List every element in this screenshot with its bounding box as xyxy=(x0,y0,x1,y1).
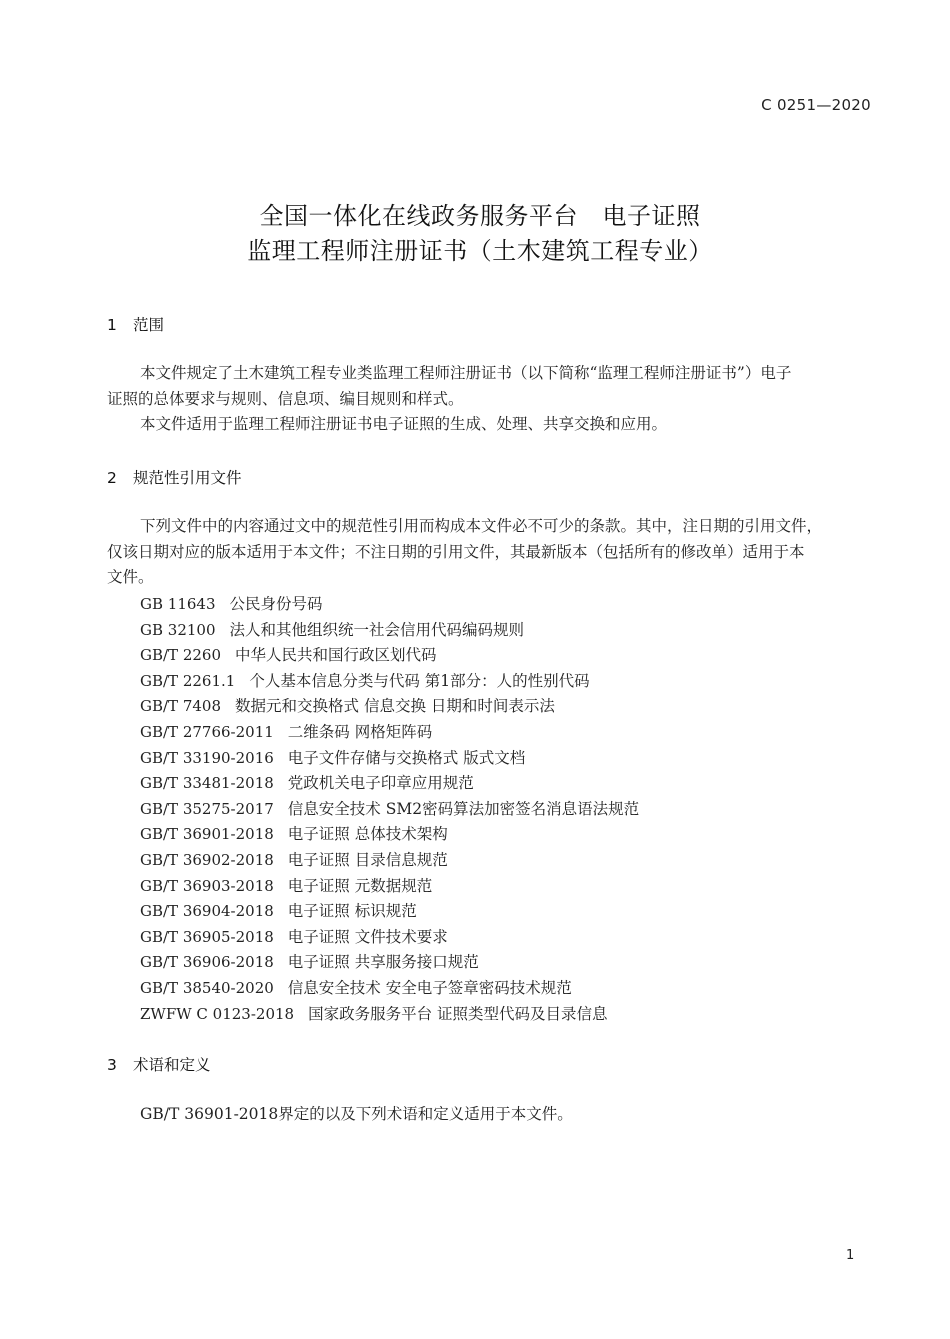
paragraph-line: 本文件规定了土木建筑工程专业类监理工程师注册证书（以下简称“监理工程师注册证书”… xyxy=(107,361,873,387)
reference-item: GB/T 27766-2011二维条码 网格矩阵码 xyxy=(140,720,639,746)
section-heading-normative-references: 2规范性引用文件 xyxy=(107,466,242,488)
section-number: 2 xyxy=(107,469,133,487)
reference-code: GB/T 38540-2020 xyxy=(140,979,274,997)
page-number: 1 xyxy=(846,1248,854,1263)
reference-item: GB/T 36904-2018电子证照 标识规范 xyxy=(140,899,639,925)
reference-item: GB 32100法人和其他组织统一社会信用代码编码规则 xyxy=(140,618,639,644)
terms-paragraph: GB/T 36901-2018界定的以及下列术语和定义适用于本文件。 xyxy=(107,1102,873,1128)
reference-title: 信息安全技术 SM2密码算法加密签名消息语法规范 xyxy=(288,800,639,818)
reference-item: ZWFW C 0123-2018国家政务服务平台 证照类型代码及目录信息 xyxy=(140,1002,639,1028)
reference-title: 信息安全技术 安全电子签章密码技术规范 xyxy=(288,979,572,997)
section-title: 术语和定义 xyxy=(133,1056,211,1074)
section-title: 规范性引用文件 xyxy=(133,469,242,487)
paragraph-line: 仅该日期对应的版本适用于本文件；不注日期的引用文件，其最新版本（包括所有的修改单… xyxy=(107,540,873,566)
reference-title: 个人基本信息分类与代码 第1部分：人的性别代码 xyxy=(249,672,589,690)
reference-title: 数据元和交换格式 信息交换 日期和时间表示法 xyxy=(235,697,555,715)
reference-code: GB/T 36902-2018 xyxy=(140,851,274,869)
reference-item: GB/T 36901-2018电子证照 总体技术架构 xyxy=(140,822,639,848)
reference-code: GB/T 36905-2018 xyxy=(140,928,274,946)
reference-title: 电子证照 总体技术架构 xyxy=(288,825,448,843)
reference-title: 电子证照 目录信息规范 xyxy=(288,851,448,869)
normative-references-paragraph: 下列文件中的内容通过文中的规范性引用而构成本文件必不可少的条款。其中，注日期的引… xyxy=(107,514,873,591)
reference-title: 公民身份号码 xyxy=(230,595,323,613)
reference-list: GB 11643公民身份号码 GB 32100法人和其他组织统一社会信用代码编码… xyxy=(140,592,639,1027)
reference-code: GB/T 36903-2018 xyxy=(140,877,274,895)
paragraph-line: GB/T 36901-2018界定的以及下列术语和定义适用于本文件。 xyxy=(107,1102,873,1128)
reference-title: 法人和其他组织统一社会信用代码编码规则 xyxy=(230,621,525,639)
reference-title: 电子证照 共享服务接口规范 xyxy=(288,953,479,971)
reference-code: GB/T 2261.1 xyxy=(140,672,235,690)
reference-item: GB/T 2261.1个人基本信息分类与代码 第1部分：人的性别代码 xyxy=(140,669,639,695)
reference-code: GB/T 7408 xyxy=(140,697,221,715)
reference-item: GB 11643公民身份号码 xyxy=(140,592,639,618)
reference-code: GB/T 35275-2017 xyxy=(140,800,274,818)
reference-code: GB/T 33481-2018 xyxy=(140,774,274,792)
paragraph-line: 下列文件中的内容通过文中的规范性引用而构成本文件必不可少的条款。其中，注日期的引… xyxy=(107,514,873,540)
scope-paragraph-1: 本文件规定了土木建筑工程专业类监理工程师注册证书（以下简称“监理工程师注册证书”… xyxy=(107,361,873,412)
reference-code: ZWFW C 0123-2018 xyxy=(140,1005,294,1023)
reference-code: GB/T 36901-2018 xyxy=(140,825,274,843)
section-number: 3 xyxy=(107,1056,133,1074)
reference-code: GB/T 27766-2011 xyxy=(140,723,274,741)
document-page: C 0251—2020 全国一体化在线政务服务平台 电子证照 监理工程师注册证书… xyxy=(0,0,950,1339)
reference-item: GB/T 36906-2018电子证照 共享服务接口规范 xyxy=(140,950,639,976)
document-title-line-1: 全国一体化在线政务服务平台 电子证照 xyxy=(0,196,950,231)
document-title-line-2: 监理工程师注册证书（土木建筑工程专业） xyxy=(0,231,950,266)
reference-title: 电子证照 标识规范 xyxy=(288,902,417,920)
reference-code: GB/T 36904-2018 xyxy=(140,902,274,920)
paragraph-line: 证照的总体要求与规则、信息项、编目规则和样式。 xyxy=(107,387,873,413)
reference-item: GB/T 36903-2018电子证照 元数据规范 xyxy=(140,874,639,900)
reference-title: 电子证照 元数据规范 xyxy=(288,877,432,895)
section-heading-scope: 1范围 xyxy=(107,313,164,335)
section-number: 1 xyxy=(107,316,133,334)
reference-item: GB/T 33190-2016电子文件存储与交换格式 版式文档 xyxy=(140,746,639,772)
reference-code: GB/T 33190-2016 xyxy=(140,749,274,767)
reference-title: 党政机关电子印章应用规范 xyxy=(288,774,474,792)
reference-code: GB 11643 xyxy=(140,595,216,613)
reference-code: GB/T 36906-2018 xyxy=(140,953,274,971)
reference-title: 二维条码 网格矩阵码 xyxy=(288,723,432,741)
paragraph-line: 文件。 xyxy=(107,565,873,591)
reference-title: 国家政务服务平台 证照类型代码及目录信息 xyxy=(308,1005,607,1023)
document-code: C 0251—2020 xyxy=(761,96,871,114)
reference-code: GB 32100 xyxy=(140,621,216,639)
scope-paragraph-2: 本文件适用于监理工程师注册证书电子证照的生成、处理、共享交换和应用。 xyxy=(107,412,873,438)
reference-item: GB/T 36905-2018电子证照 文件技术要求 xyxy=(140,925,639,951)
reference-title: 电子证照 文件技术要求 xyxy=(288,928,448,946)
reference-item: GB/T 36902-2018电子证照 目录信息规范 xyxy=(140,848,639,874)
reference-item: GB/T 35275-2017信息安全技术 SM2密码算法加密签名消息语法规范 xyxy=(140,797,639,823)
reference-title: 电子文件存储与交换格式 版式文档 xyxy=(288,749,525,767)
section-heading-terms-and-definitions: 3术语和定义 xyxy=(107,1053,211,1075)
paragraph-line: 本文件适用于监理工程师注册证书电子证照的生成、处理、共享交换和应用。 xyxy=(107,412,873,438)
reference-code: GB/T 2260 xyxy=(140,646,221,664)
reference-item: GB/T 7408数据元和交换格式 信息交换 日期和时间表示法 xyxy=(140,694,639,720)
section-title: 范围 xyxy=(133,316,164,334)
reference-item: GB/T 33481-2018党政机关电子印章应用规范 xyxy=(140,771,639,797)
reference-item: GB/T 2260中华人民共和国行政区划代码 xyxy=(140,643,639,669)
reference-item: GB/T 38540-2020信息安全技术 安全电子签章密码技术规范 xyxy=(140,976,639,1002)
reference-title: 中华人民共和国行政区划代码 xyxy=(235,646,437,664)
